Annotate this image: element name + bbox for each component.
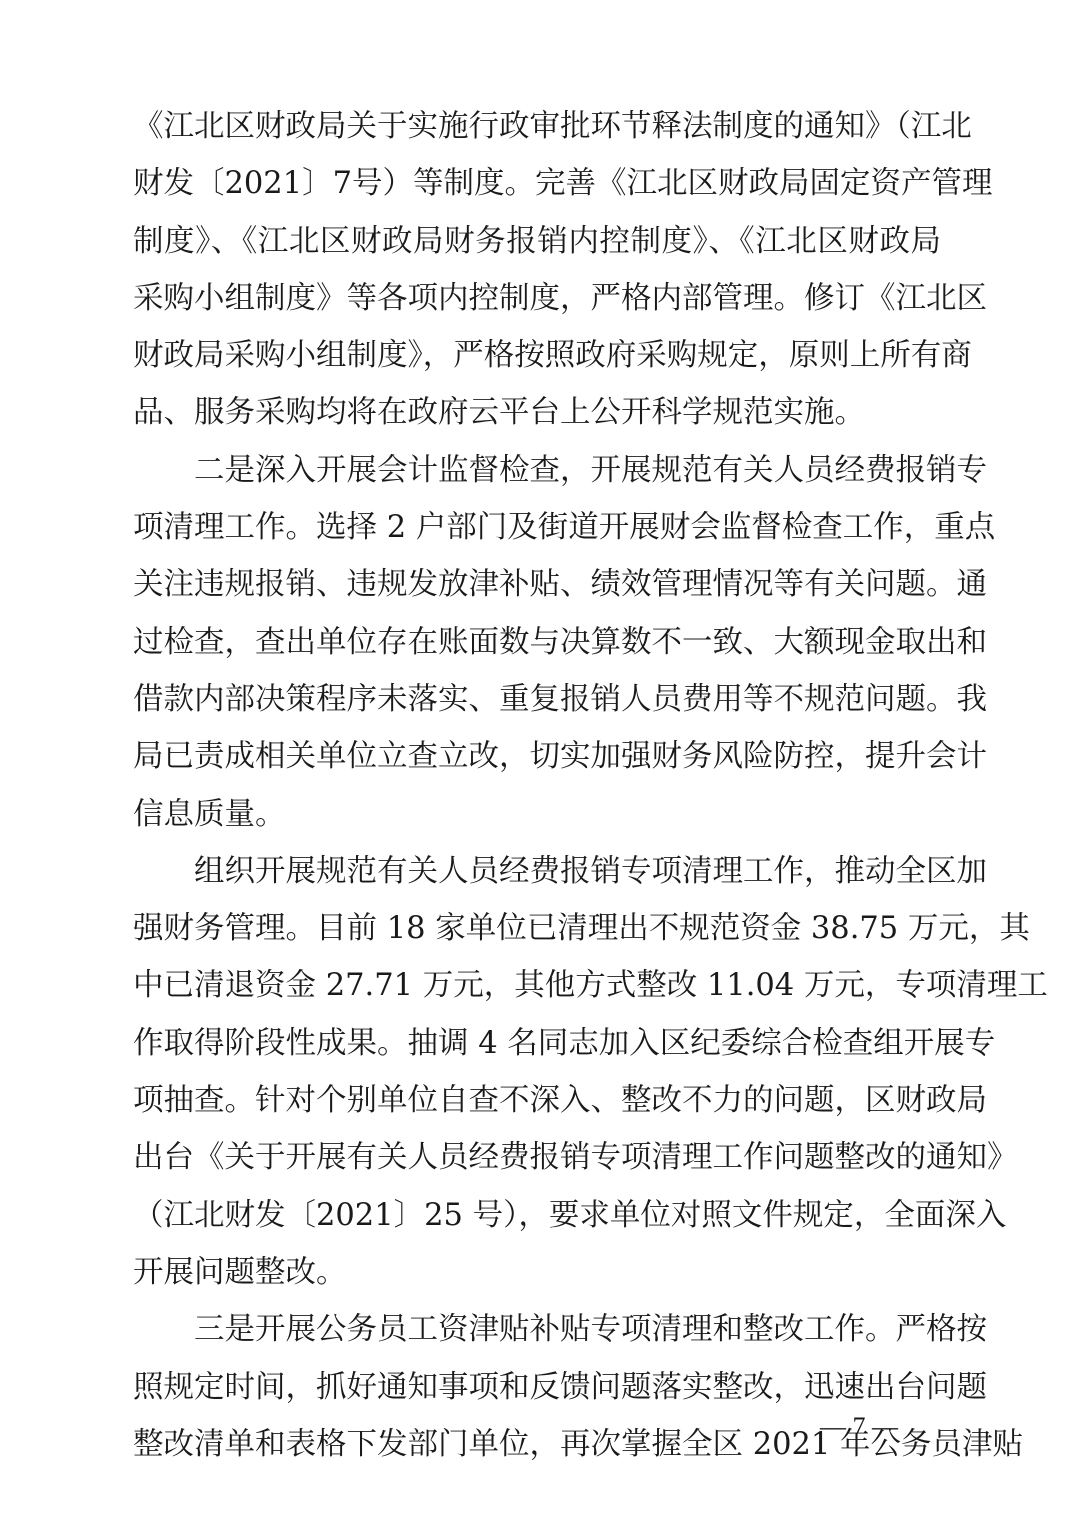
text-line: 项抽查。针对个别单位自查不深入、整改不力的问题，区财政局	[133, 1078, 941, 1135]
text-line: 开展问题整改。	[133, 1250, 941, 1307]
paragraph-4: 三是开展公务员工资津贴补贴专项清理和整改工作。严格按 照规定时间，抓好通知事项和…	[133, 1307, 941, 1479]
text-line: 制度》、《江北区财政局财务报销内控制度》、《江北区财政局	[133, 219, 941, 276]
text-line: 关注违规报销、违规发放津补贴、绩效管理情况等有关问题。通	[133, 562, 941, 619]
text-line: 财政局采购小组制度》，严格按照政府采购规定，原则上所有商	[133, 333, 941, 390]
paragraph-1: 《江北区财政局关于实施行政审批环节释法制度的通知》（江北 财发〔2021〕7号）…	[133, 104, 941, 448]
text-line: 出台《关于开展有关人员经费报销专项清理工作问题整改的通知》	[133, 1135, 941, 1192]
text-line: 二是深入开展会计监督检查，开展规范有关人员经费报销专	[133, 448, 941, 505]
text-line: 采购小组制度》等各项内控制度，严格内部管理。修订《江北区	[133, 276, 941, 333]
text-line: 品、服务采购均将在政府云平台上公开科学规范实施。	[133, 390, 941, 447]
text-line: 强财务管理。目前 18 家单位已清理出不规范资金 38.75 万元，其	[133, 906, 941, 963]
text-line: 《江北区财政局关于实施行政审批环节释法制度的通知》（江北	[133, 104, 941, 161]
text-line: （江北财发〔2021〕25 号），要求单位对照文件规定，全面深入	[133, 1193, 941, 1250]
text-line: 信息质量。	[133, 792, 941, 849]
text-line: 局已责成相关单位立查立改，切实加强财务风险防控，提升会计	[133, 734, 941, 791]
paragraph-2: 二是深入开展会计监督检查，开展规范有关人员经费报销专 项清理工作。选择 2 户部…	[133, 448, 941, 849]
text-line: 过检查，查出单位存在账面数与决算数不一致、大额现金取出和	[133, 620, 941, 677]
text-line: 作取得阶段性成果。抽调 4 名同志加入区纪委综合检查组开展专	[133, 1021, 941, 1078]
text-line: 财发〔2021〕7号）等制度。完善《江北区财政局固定资产管理	[133, 161, 941, 218]
text-line: 借款内部决策程序未落实、重复报销人员费用等不规范问题。我	[133, 677, 941, 734]
text-line: 三是开展公务员工资津贴补贴专项清理和整改工作。严格按	[133, 1307, 941, 1364]
paragraph-3: 组织开展规范有关人员经费报销专项清理工作，推动全区加 强财务管理。目前 18 家…	[133, 849, 941, 1307]
text-line: 中已清退资金 27.71 万元，其他方式整改 11.04 万元，专项清理工	[133, 963, 941, 1020]
page-number: — 7 —	[820, 1412, 898, 1442]
text-line: 项清理工作。选择 2 户部门及街道开展财会监督检查工作，重点	[133, 505, 941, 562]
text-line: 组织开展规范有关人员经费报销专项清理工作，推动全区加	[133, 849, 941, 906]
document-body: 《江北区财政局关于实施行政审批环节释法制度的通知》（江北 财发〔2021〕7号）…	[133, 104, 941, 1479]
